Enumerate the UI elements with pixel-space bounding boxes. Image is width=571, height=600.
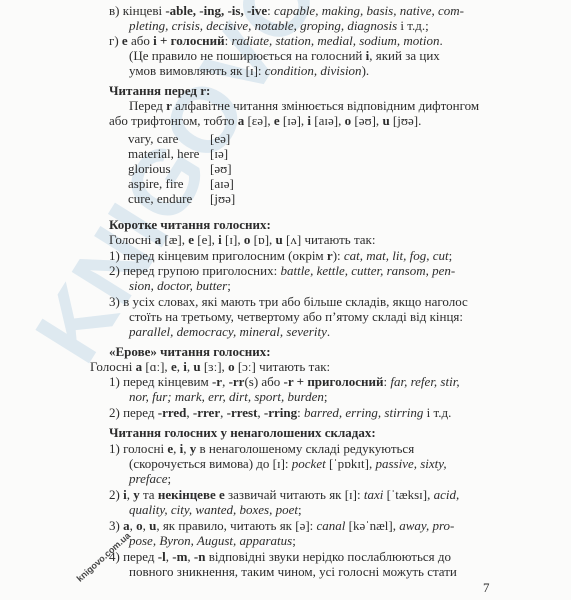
short-rule-1: 1) перед кінцевим приголосним (окрім r):…	[109, 248, 452, 263]
table-ipa: [aɪə]	[210, 176, 234, 191]
heading-short-reading: Коротке читання голосних:	[109, 217, 271, 232]
table-ipa: [eə]	[210, 131, 230, 146]
heading-r-reading: «Ерове» читання голосних:	[109, 344, 271, 359]
unstressed-rule-2: 2) i, y та некінцеве e зазвичай читають …	[109, 487, 459, 502]
short-rule-3-examples: parallel, democracy, mineral, severity.	[129, 324, 330, 339]
heading-reading-before-r: Читання перед r:	[109, 83, 210, 98]
unstressed-rule-3-cont: pose, Byron, August, apparatus;	[129, 533, 296, 548]
short-rule-2-cont: sion, doctor, butter;	[129, 278, 231, 293]
paragraph-before-r-cont: або трифтонгом, тобто a [ɛə], e [ɪə], i …	[109, 113, 421, 128]
rule-v-cont: pleting, crisis, decisive, notable, grop…	[129, 18, 429, 33]
paragraph-short: Голосні a [æ], e [e], i [ɪ], o [ɒ], u [ʌ…	[109, 232, 375, 247]
short-rule-2: 2) перед групою приголосних: battle, ket…	[109, 263, 455, 278]
table-word: cure, endure	[128, 191, 192, 206]
unstressed-rule-4: 4) перед -l, -m, -n відповідні звуки нер…	[109, 549, 451, 564]
r-rule-1: 1) перед кінцевим -r, -rr(s) або -r + пр…	[109, 374, 460, 389]
table-word: vary, care	[128, 131, 178, 146]
r-rule-2: 2) перед -rred, -rrer, -rrest, -rring: b…	[109, 405, 451, 420]
rule-g-note-cont: умов вимовляють як [ɪ]: condition, divis…	[129, 63, 369, 78]
table-ipa: [ɪə]	[210, 146, 228, 161]
table-word: glorious	[128, 161, 171, 176]
table-word: aspire, fire	[128, 176, 184, 191]
unstressed-rule-1: 1) голосні e, i, y в ненаголошеному скла…	[109, 441, 414, 456]
table-ipa: [əʊ]	[210, 161, 232, 176]
rule-v: в) кінцеві -able, -ing, -is, -ive: capab…	[109, 3, 464, 18]
book-page: в) кінцеві -able, -ing, -is, -ive: capab…	[0, 0, 571, 600]
table-word: material, here	[128, 146, 199, 161]
table-ipa: [jʊə]	[210, 191, 235, 206]
heading-unstressed: Читання голосних у ненаголошених складах…	[109, 425, 376, 440]
unstressed-rule-1-end: preface;	[129, 471, 171, 486]
short-rule-3: 3) в усіх словах, які мають три або біль…	[109, 294, 468, 309]
short-rule-3-cont: стоїть на третьому, четвертому або п’ято…	[129, 309, 463, 324]
unstressed-rule-3: 3) a, o, u, як правило, читають як [ə]: …	[109, 518, 454, 533]
rule-g-note: (Це правило не поширюється на голосний i…	[129, 48, 440, 63]
paragraph-r-reading: Голосні a [ɑː], e, i, u [ɜː], o [ɔː] чит…	[90, 359, 330, 374]
r-rule-1-cont: nor, fur; mark, err, dirt, sport, burden…	[129, 389, 328, 404]
paragraph-before-r: Перед r алфавітне читання змінюється від…	[129, 98, 479, 113]
unstressed-rule-4-cont: повного зникнення, таким чином, усі голо…	[129, 564, 457, 579]
page-number: 7	[483, 580, 490, 596]
unstressed-rule-2-cont: quality, city, wanted, boxes, poet;	[129, 502, 302, 517]
rule-g: г) e або i + голосний: radiate, station,…	[109, 33, 443, 48]
unstressed-rule-1-cont: (скорочується вимова) до [ɪ]: pocket [ˈp…	[129, 456, 447, 471]
